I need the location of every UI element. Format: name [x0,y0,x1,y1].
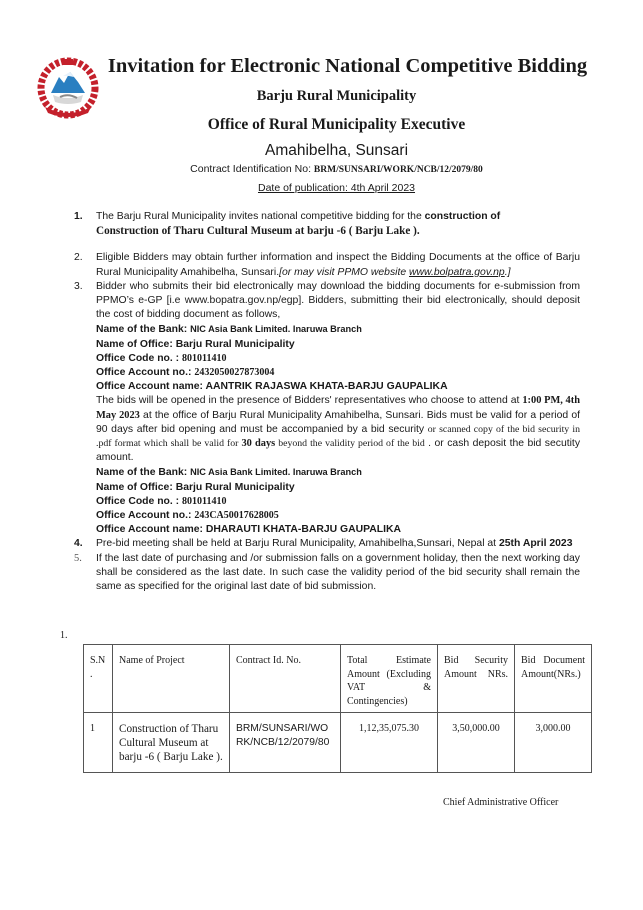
project-name: Construction of Tharu Cultural Museum at… [96,225,420,237]
clause-text: If the last date of purchasing and /or s… [96,552,580,595]
clause-number: 2. [74,251,83,265]
clause-4: 4. Pre-bid meeting shall be held at Barj… [96,537,580,551]
office-name: Barju Rural Municipality [176,339,295,350]
clause-2: 2. Eligible Bidders may obtain further i… [96,251,580,279]
clause-text: The Barju Rural Municipality invites nat… [96,211,425,222]
table-row: 1 Construction of Tharu Cultural Museum … [84,713,592,773]
clause-number: 3. [74,280,83,294]
office-name: Office of Rural Municipality Executive [30,116,643,134]
header-bid-security: Bid Security Amount NRs. [438,645,515,713]
bank-name: NIC Asia Bank Limited. Inaruwa Branch [190,467,362,477]
account-name: DHARAUTI KHATA-BARJU GAUPALIKA [206,524,401,535]
header-bid-document: Bid Document Amount(NRs.) [515,645,592,713]
cell-estimate: 1,12,35,075.30 [341,713,438,773]
clause-number: 1. [74,210,83,224]
signatory: Chief Administrative Officer [443,797,558,808]
cell-project: Construction of Tharu Cultural Museum at… [113,713,230,773]
bid-table: S.N . Name of Project Contract Id. No. T… [83,644,592,773]
label: Office Code no. : [96,496,182,507]
clause-3: 3. Bidder who submits their bid electron… [96,280,580,538]
text: beyond the validity period of the bid [275,438,425,449]
label: Office Account no.: [96,367,194,378]
header-project: Name of Project [113,645,230,713]
cell-bid-document: 3,000.00 [515,713,592,773]
table-header-row: S.N . Name of Project Contract Id. No. T… [84,645,592,713]
publication-date-line: Date of publication: 4th April 2023 [30,182,643,194]
organization-name: Barju Rural Municipality [30,88,643,105]
bank-name: NIC Asia Bank Limited. Inaruwa Branch [190,324,362,334]
clause-1: 1. The Barju Rural Municipality invites … [96,210,580,239]
clause-number: 4. [74,537,83,551]
publication-date: Date of publication: 4th April 2023 [258,182,415,194]
label: Office Account name: [96,524,206,535]
bolpatra-link[interactable]: www.bolpatra.gov.np [409,267,505,278]
cell-contract-id: BRM/SUNSARI/WORK/NCB/12/2079/80 [230,713,341,773]
clause-5: 5. If the last date of purchasing and /o… [96,552,580,595]
contract-identification: Contract Identification No: BRM/SUNSARI/… [30,163,643,175]
header-sn: S.N . [84,645,113,713]
label: Office Code no. : [96,353,182,364]
office-code-line: Office Code no. : 801011410 [96,352,580,366]
clause-number: 5. [74,552,82,566]
location: Amahibelha, Sunsari [30,142,643,160]
office-code: 801011410 [182,353,226,364]
header-estimate: Total Estimate Amount (Excluding VAT & C… [341,645,438,713]
label: Office Account name: [96,381,206,392]
office-name-line: Name of Office: Barju Rural Municipality [96,481,580,495]
bid-opening-text: The bids will be opened in the presence … [96,394,580,465]
cell-sn: 1 [84,713,113,773]
bank-name-line: Name of the Bank: NIC Asia Bank Limited.… [96,322,580,337]
table-list-marker: 1. [60,630,68,641]
office-name: Barju Rural Municipality [176,482,295,493]
text: The bids will be opened in the presence … [96,395,522,406]
pre-bid-date: 25th April 2023 [499,538,573,549]
clause-italic-text: [or may visit PPMO website [279,267,409,278]
cell-bid-security: 3,50,000.00 [438,713,515,773]
clause-text: Pre-bid meeting shall be held at Barju R… [96,538,499,549]
account-number: 243CA50017628005 [194,510,278,521]
contract-number: BRM/SUNSARI/WORK/NCB/12/2079/80 [314,165,483,175]
office-code: 801011410 [182,496,226,507]
validity-days: 30 days [241,438,275,449]
label: Name of the Bank: [96,467,190,478]
account-number-line: Office Account no.: 243CA50017628005 [96,509,580,523]
contract-label: Contract Identification No: [190,163,314,175]
page-title: Invitation for Electronic National Compe… [52,55,643,78]
header-contract-id: Contract Id. No. [230,645,341,713]
label: Office Account no.: [96,510,194,521]
bank-name-line: Name of the Bank: NIC Asia Bank Limited.… [96,465,580,480]
account-number-line: Office Account no.: 2432050027873004 [96,366,580,380]
clause-italic-end: .] [505,267,511,278]
label: Name of Office: [96,339,176,350]
label: Name of Office: [96,482,176,493]
account-name: AANTRIK RAJASWA KHATA-BARJU GAUPALIKA [206,381,448,392]
clause-bold-text: construction of [425,211,501,222]
account-number: 2432050027873004 [194,367,274,378]
bid-clauses: 1. The Barju Rural Municipality invites … [96,210,580,594]
account-name-line: Office Account name: AANTRIK RAJASWA KHA… [96,380,580,394]
label: Name of the Bank: [96,324,190,335]
clause-text: Bidder who submits their bid electronica… [96,280,580,323]
office-name-line: Name of Office: Barju Rural Municipality [96,338,580,352]
account-name-line: Office Account name: DHARAUTI KHATA-BARJ… [96,523,580,537]
office-code-line: Office Code no. : 801011410 [96,495,580,509]
